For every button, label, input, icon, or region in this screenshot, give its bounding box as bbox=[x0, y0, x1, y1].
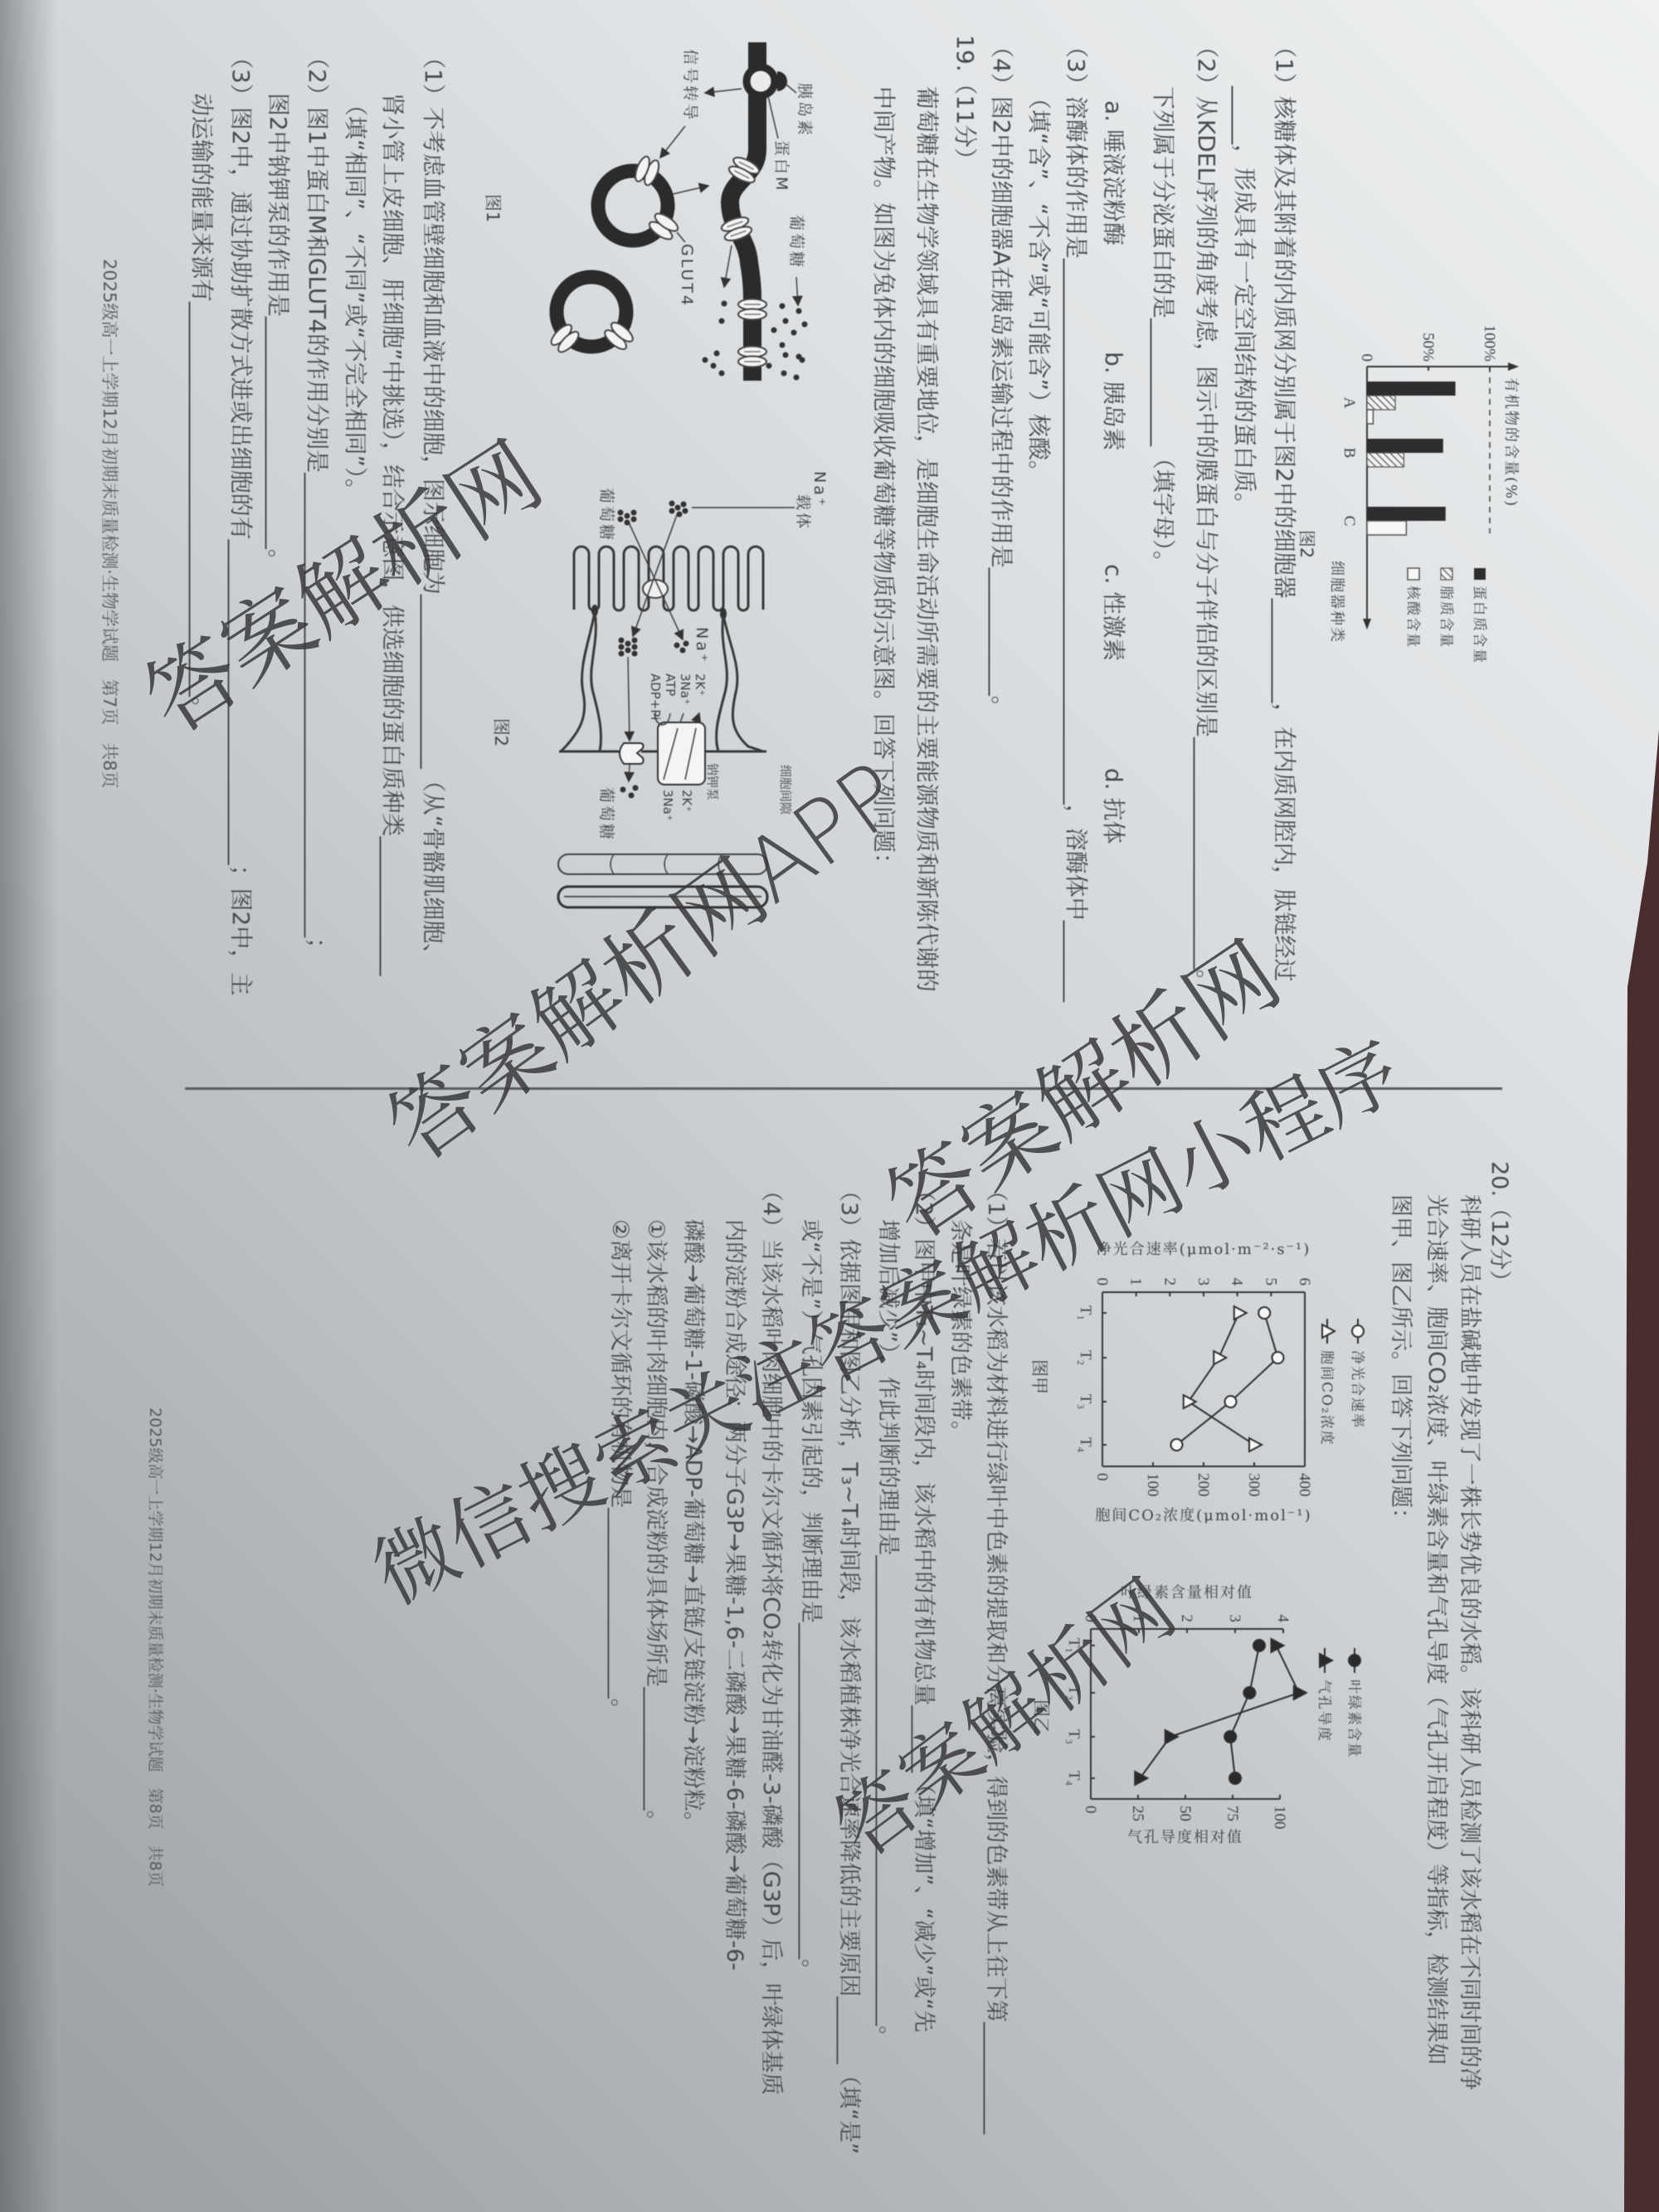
x-tick-label: T₃ bbox=[1077, 1394, 1094, 1409]
q20-stem-line3: 图甲、图乙所示。回答下列问题： bbox=[1387, 1194, 1413, 1530]
data-point-triangle bbox=[1135, 1772, 1147, 1785]
q20-sub4-line2: 内的淀粉合成途径：两分子G3P→果糖-1,6-二磷酸→果糖-6-磷酸→葡萄糖-6… bbox=[721, 1219, 747, 1971]
right-tick-label: 0 bbox=[1093, 1473, 1111, 1481]
right-tick-label: 75 bbox=[1224, 1806, 1241, 1821]
q20-sub4-line3: 磷酸→葡萄糖-1-磷酸→ADP-葡萄糖→直链/支链淀粉→淀粉粒。 bbox=[679, 1219, 706, 1834]
q20-stem-line1: 科研人员在盐碱地中发现了一株长势优良的水稻。该科研人员检测了该水稻在不同时间的净 bbox=[1456, 1194, 1482, 2090]
left-tick-label: 3 bbox=[1194, 1278, 1212, 1286]
data-point-circle bbox=[1258, 1307, 1270, 1319]
right-tick-label: 300 bbox=[1245, 1473, 1262, 1497]
left-tick-label: 4 bbox=[1274, 1615, 1292, 1623]
left-tick-label: 2 bbox=[1160, 1278, 1178, 1286]
x-tick-label: T₃ bbox=[1065, 1729, 1082, 1744]
figure-caption: 图甲 bbox=[1029, 1359, 1049, 1394]
q20-stem-line2: 光合速率、胞间CO₂浓度、叶绿素含量和气孔导度（气孔开启程度）等指标，检测结果如 bbox=[1423, 1194, 1449, 2065]
q20-heading: 20.（12分） bbox=[1486, 1161, 1512, 1292]
page-8-footer: 2025级高一上学期12月初期末质量检测·生物学试题 第8页 共8页 bbox=[145, 1407, 168, 1887]
data-point-circle bbox=[1253, 1640, 1265, 1651]
q20-sub4-line1: （4）当该水稻叶肉细胞中的卡尔文循环将CO₂转化为甘油醛-3-磷酸（G3P）后，… bbox=[757, 1179, 784, 2095]
data-point-triangle bbox=[1271, 1639, 1283, 1652]
data-point-circle bbox=[1272, 1352, 1283, 1364]
data-point-triangle bbox=[1249, 1438, 1262, 1451]
figure-jia-photosynthesis-line-chart: 01234560100200300400T₁T₂T₃T₄净光合速率(μmol·m… bbox=[1020, 1236, 1377, 1551]
right-tick-label: 400 bbox=[1296, 1473, 1313, 1497]
series-line bbox=[1189, 1313, 1254, 1445]
left-tick-label: 3 bbox=[1226, 1615, 1243, 1623]
data-point-circle bbox=[1229, 1772, 1241, 1784]
right-tick-label: 25 bbox=[1129, 1806, 1146, 1821]
x-tick-label: T₄ bbox=[1065, 1771, 1082, 1786]
data-point-triangle bbox=[1294, 1686, 1306, 1699]
right-axis-title: 胞间CO₂浓度(μmol·mol⁻¹) bbox=[1095, 1507, 1311, 1524]
x-tick-label: T₄ bbox=[1077, 1437, 1094, 1452]
legend-label: 净光合速率 bbox=[1349, 1350, 1365, 1429]
left-tick-label: 0 bbox=[1093, 1278, 1111, 1286]
left-tick-label: 6 bbox=[1296, 1278, 1313, 1286]
right-tick-label: 100 bbox=[1144, 1473, 1161, 1497]
left-tick-label: 5 bbox=[1262, 1278, 1279, 1286]
legend-label: 叶绿素含量 bbox=[1345, 1680, 1362, 1758]
data-point-triangle bbox=[1234, 1306, 1247, 1320]
right-axis-title: 气孔导度相对值 bbox=[1127, 1829, 1243, 1846]
data-point-circle bbox=[1225, 1396, 1237, 1407]
right-tick-label: 0 bbox=[1082, 1806, 1099, 1814]
x-tick-label: T₂ bbox=[1077, 1350, 1094, 1365]
x-tick-label: T₁ bbox=[1077, 1305, 1094, 1320]
data-point-circle bbox=[1349, 1655, 1360, 1666]
legend-label: 胞间CO₂浓度 bbox=[1318, 1350, 1335, 1446]
q20-sub4-item1: ①该水稻的叶肉细胞内，合成淀粉的具体场所是___________。 bbox=[642, 1219, 669, 1833]
data-point-circle bbox=[1170, 1439, 1182, 1451]
left-tick-label: 4 bbox=[1228, 1278, 1246, 1286]
series-line bbox=[1176, 1313, 1277, 1445]
data-point-circle bbox=[1243, 1687, 1255, 1699]
series-line bbox=[1140, 1646, 1299, 1778]
right-tick-label: 100 bbox=[1271, 1806, 1288, 1830]
data-point-triangle bbox=[1322, 1325, 1335, 1338]
data-point-circle bbox=[1224, 1731, 1236, 1743]
data-point-circle bbox=[1352, 1325, 1364, 1337]
right-tick-label: 50 bbox=[1176, 1806, 1194, 1821]
left-tick-label: 1 bbox=[1127, 1278, 1145, 1286]
data-point-triangle bbox=[1165, 1730, 1178, 1743]
data-point-triangle bbox=[1320, 1654, 1332, 1667]
right-tick-label: 200 bbox=[1194, 1473, 1212, 1497]
legend-label: 气孔导度 bbox=[1316, 1680, 1332, 1743]
